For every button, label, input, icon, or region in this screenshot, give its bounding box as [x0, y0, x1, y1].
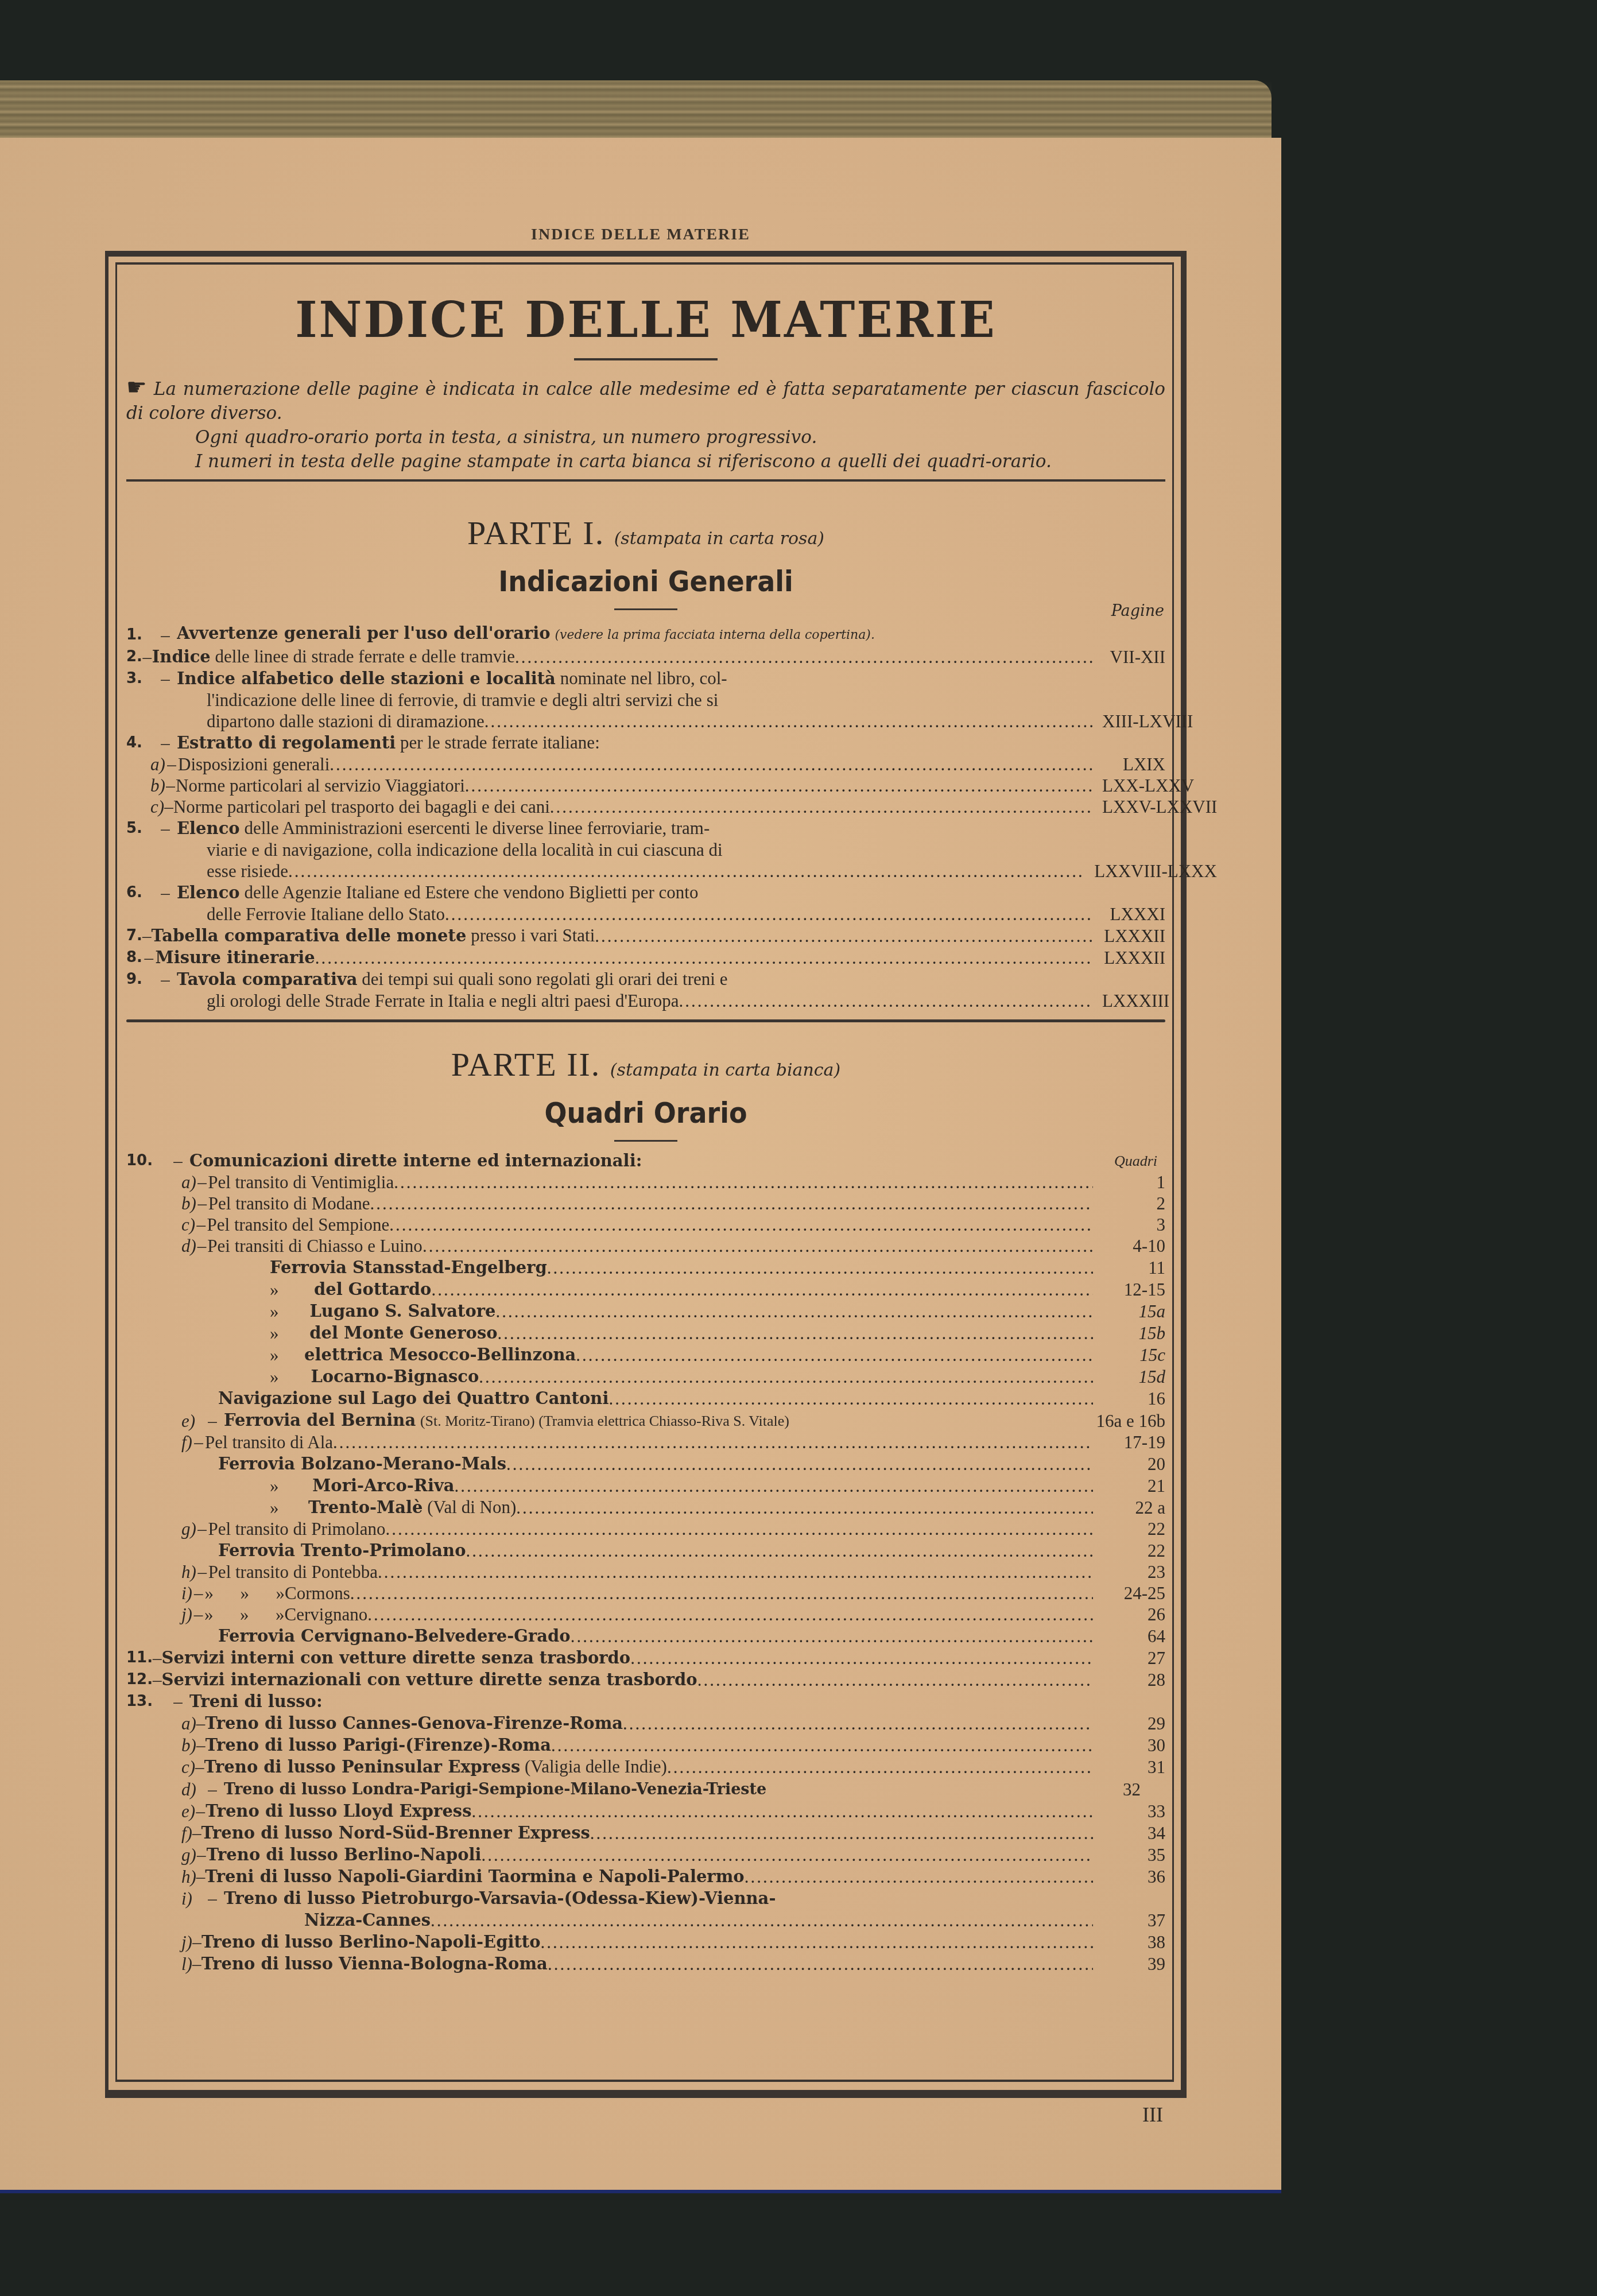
- index-entry-10[interactable]: 10.– Comunicazioni dirette interne ed in…: [126, 1150, 1165, 1172]
- part-2-heading: Quadri Orario: [168, 1096, 1123, 1130]
- page-title: INDICE DELLE MATERIE: [126, 292, 1165, 350]
- index-entry-8[interactable]: 8.– Misure itinerarie LXXXII: [126, 947, 1165, 968]
- title-rule: [574, 358, 718, 360]
- index-subentry[interactable]: »Mori-Arco-Riva21: [126, 1475, 1165, 1496]
- part-1-title: PARTE I. (stampata in carta rosa): [126, 514, 1165, 552]
- book-page-edges: [0, 80, 1272, 143]
- index-subentry-4c[interactable]: c)– Norme particolari pel trasporto dei …: [126, 796, 1165, 817]
- index-subentry[interactable]: »Locarno-Bignasco15d: [126, 1366, 1165, 1387]
- index-entry-6[interactable]: 6.– Elenco delle Agenzie Italiane ed Est…: [126, 882, 1165, 903]
- ditto-mark: »: [270, 1322, 309, 1344]
- pages-column-header: Pagine: [126, 602, 1165, 620]
- ditto-mark: »: [270, 1344, 304, 1366]
- index-subentry[interactable]: a)–Pel transito di Ventimiglia1: [126, 1172, 1165, 1193]
- index-entry-7[interactable]: 7.– Tabella comparativa delle monete pre…: [126, 925, 1165, 947]
- index-entry-4[interactable]: 4.– Estratto di regolamenti per le strad…: [126, 732, 1165, 754]
- index-entry-11[interactable]: 11.– Servizi interni con vetture dirette…: [126, 1647, 1165, 1669]
- index-subentry[interactable]: b)–Pel transito di Modane2: [126, 1193, 1165, 1214]
- luxury-train-entry[interactable]: h)–Treni di lusso Napoli-Giardini Taormi…: [126, 1865, 1165, 1887]
- index-subentry[interactable]: »elettrica Mesocco-Bellinzona15c: [126, 1344, 1165, 1366]
- part-1-subtitle: (stampata in carta rosa): [614, 529, 824, 549]
- luxury-train-entry[interactable]: l)–Treno di lusso Vienna-Bologna-Roma39: [126, 1953, 1165, 1975]
- note-line-1: La numerazione delle pagine è indicata i…: [126, 379, 1165, 424]
- ditto-mark: »: [270, 1497, 308, 1518]
- index-entry-5[interactable]: 5.– Elenco delle Amministrazioni esercen…: [126, 817, 1165, 839]
- note-line-2: Ogni quadro-orario porta in testa, a sin…: [126, 425, 1165, 449]
- luxury-train-entry[interactable]: a)–Treno di lusso Cannes-Genova-Firenze-…: [126, 1712, 1165, 1734]
- luxury-train-entry[interactable]: c)–Treno di lusso Peninsular Express (Va…: [126, 1756, 1165, 1778]
- ditto-mark: »: [270, 1475, 312, 1496]
- index-subentry[interactable]: »del Monte Generoso15b: [126, 1322, 1165, 1344]
- index-subentry[interactable]: g)–Pel transito di Primolano22: [126, 1518, 1165, 1539]
- index-subentry[interactable]: d)–Pei transiti di Chiasso e Luino4-10: [126, 1235, 1165, 1256]
- quadri-column-header: Quadri: [1085, 1150, 1157, 1172]
- index-subentry[interactable]: c)–Pel transito del Sempione3: [126, 1214, 1165, 1235]
- ditto-mark: »: [270, 1366, 311, 1387]
- index-subentry[interactable]: »Trento-Malè (Val di Non)22 a: [126, 1496, 1165, 1518]
- section-divider: [126, 479, 1165, 482]
- index-subentry[interactable]: j)–» » »Cervignano26: [126, 1604, 1165, 1625]
- luxury-train-entry[interactable]: e)–Treno di lusso Lloyd Express33: [126, 1800, 1165, 1822]
- index-subentry[interactable]: e)–Ferrovia del Bernina (St. Moritz-Tira…: [126, 1409, 1165, 1432]
- section-divider: [126, 1019, 1165, 1022]
- luxury-train-entry[interactable]: b)–Treno di lusso Parigi-(Firenze)-Roma3…: [126, 1734, 1165, 1756]
- luxury-train-entry[interactable]: f)–Treno di lusso Nord-Süd-Brenner Expre…: [126, 1822, 1165, 1844]
- index-entry-3[interactable]: 3.– Indice alfabetico delle stazioni e l…: [126, 668, 1165, 689]
- index-entry-2[interactable]: 2.– Indice delle linee di strade ferrate…: [126, 646, 1165, 668]
- page-ref: VII-XII: [1093, 646, 1165, 668]
- page-ref: XIII-LXVIII: [1093, 711, 1165, 732]
- part-2-subtitle: (stampata in carta bianca): [610, 1060, 840, 1080]
- manicule-icon: ☛: [126, 374, 147, 401]
- luxury-train-entry[interactable]: i)–Treno di lusso Pietroburgo-Varsavia-(…: [126, 1887, 1165, 1909]
- index-subentry[interactable]: Navigazione sul Lago dei Quattro Cantoni…: [126, 1387, 1165, 1409]
- index-subentry[interactable]: i)–» » »Cormons24-25: [126, 1583, 1165, 1604]
- ditto-mark: »: [270, 1279, 314, 1300]
- index-subentry-4b[interactable]: b)– Norme particolari al servizio Viaggi…: [126, 775, 1165, 796]
- index-entry-1[interactable]: 1.– Avvertenze generali per l'uso dell'o…: [126, 622, 1165, 646]
- ditto-mark: » » »: [204, 1604, 285, 1625]
- index-subentry[interactable]: Ferrovia Stansstad-Engelberg11: [126, 1256, 1165, 1278]
- ditto-mark: »: [270, 1301, 309, 1322]
- part-2-entries: 10.– Comunicazioni dirette interne ed in…: [126, 1150, 1165, 1975]
- luxury-train-entry[interactable]: j)–Treno di lusso Berlino-Napoli-Egitto3…: [126, 1931, 1165, 1953]
- index-subentry[interactable]: »Lugano S. Salvatore15a: [126, 1300, 1165, 1322]
- part-2-title: PARTE II. (stampata in carta bianca): [126, 1045, 1165, 1084]
- index-content: INDICE DELLE MATERIE ☛La numerazione del…: [126, 270, 1165, 1975]
- running-header: INDICE DELLE MATERIE: [0, 226, 1281, 244]
- index-subentry-4a[interactable]: a)– Disposizioni generali LXIX: [126, 754, 1165, 775]
- luxury-train-entry[interactable]: g)–Treno di lusso Berlino-Napoli35: [126, 1844, 1165, 1865]
- introductory-note: ☛La numerazione delle pagine è indicata …: [126, 375, 1165, 474]
- index-entry-12[interactable]: 12.– Servizi internazionali con vetture …: [126, 1669, 1165, 1690]
- part-1-heading: Indicazioni Generali: [168, 565, 1123, 598]
- index-subentry[interactable]: Ferrovia Trento-Primolano22: [126, 1539, 1165, 1561]
- note-line-3: I numeri in testa delle pagine stampate …: [126, 449, 1165, 474]
- index-entry-13[interactable]: 13.– Treni di lusso:: [126, 1690, 1165, 1712]
- page-number: III: [1142, 2103, 1163, 2127]
- index-subentry[interactable]: Ferrovia Bolzano-Merano-Mals20: [126, 1453, 1165, 1475]
- luxury-train-entry[interactable]: d)–Treno di lusso Londra-Parigi-Sempione…: [126, 1778, 1165, 1800]
- part-1-entries: 1.– Avvertenze generali per l'uso dell'o…: [126, 622, 1165, 1011]
- index-subentry[interactable]: »del Gottardo12-15: [126, 1278, 1165, 1300]
- index-subentry[interactable]: Ferrovia Cervignano-Belvedere-Grado64: [126, 1625, 1165, 1647]
- index-subentry[interactable]: f)–Pel transito di Ala17-19: [126, 1432, 1165, 1453]
- ditto-mark: » » »: [205, 1583, 285, 1604]
- index-entry-9[interactable]: 9.– Tavola comparativa dei tempi sui qua…: [126, 968, 1165, 990]
- index-subentry[interactable]: h)–Pel transito di Pontebba23: [126, 1561, 1165, 1583]
